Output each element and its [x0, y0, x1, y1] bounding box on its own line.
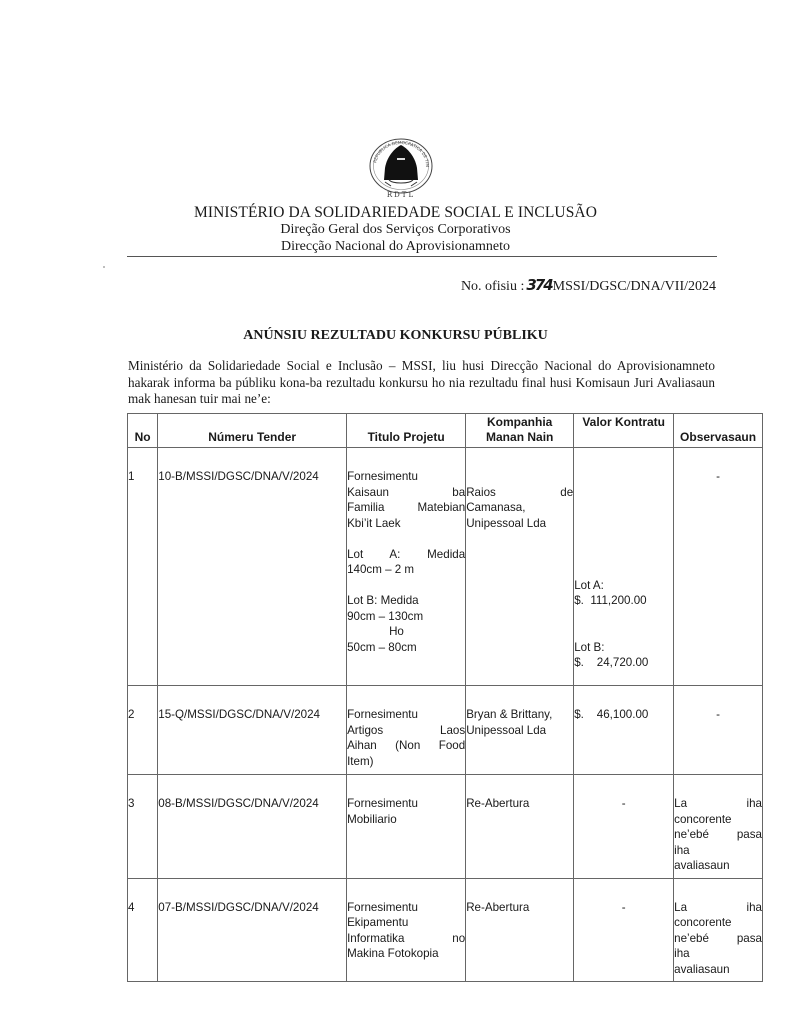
row-remarks: La iha concorente ne’ebé pasa iha avalia… — [674, 775, 763, 879]
row-tender: 10-B/MSSI/DGSC/DNA/V/2024 — [158, 448, 347, 686]
row-no: 1 — [128, 448, 158, 686]
row-company: Raios de Camanasa, Unipessoal Lda — [466, 448, 574, 686]
row-company: Re-Abertura — [466, 775, 574, 879]
header-title: Titulo Projetu — [347, 414, 466, 448]
row-title: Fornesimentu Artigos Laos Aihan (Non Foo… — [347, 686, 466, 775]
row-tender: 07-B/MSSI/DGSC/DNA/V/2024 — [158, 878, 347, 982]
row-tender: 15-Q/MSSI/DGSC/DNA/V/2024 — [158, 686, 347, 775]
header-divider — [127, 256, 717, 257]
svg-text:RDTL: RDTL — [387, 191, 415, 199]
row-title: Fornesimentu Ekipamentu Informatika no M… — [347, 878, 466, 982]
row-remarks: - — [674, 448, 763, 686]
row-value: - — [574, 775, 674, 879]
header-no: No — [128, 414, 158, 448]
directorate-general: Direção Geral dos Serviços Corporativos — [0, 222, 791, 238]
header-value: Valor Kontratu — [574, 414, 674, 448]
row-value: Lot A: $. 111,200.00 Lot B: $. 24,720.00 — [574, 448, 674, 686]
row-company: Re-Abertura — [466, 878, 574, 982]
row-remarks: La iha concorente ne’ebé pasa iha avalia… — [674, 878, 763, 982]
reference-code: MSSI/DGSC/DNA/VII/2024 — [553, 279, 716, 294]
row-no: 4 — [128, 878, 158, 982]
reference-label: No. ofisiu : — [461, 279, 524, 294]
row-no: 3 — [128, 775, 158, 879]
row-tender: 08-B/MSSI/DGSC/DNA/V/2024 — [158, 775, 347, 879]
national-directorate: Direcção Nacional do Aprovisionamneto — [0, 239, 791, 255]
row-title: Fornesimentu Kaisaun ba Familia Matebian… — [347, 448, 466, 686]
scan-speck — [103, 266, 105, 268]
row-value: - — [574, 878, 674, 982]
row-company: Bryan & Brittany, Unipessoal Lda — [466, 686, 574, 775]
results-table: No Númeru Tender Titulo Projetu Kompanhi… — [127, 413, 763, 982]
header-company: Kompanhia Manan Nain — [466, 414, 574, 448]
table-row: 3 08-B/MSSI/DGSC/DNA/V/2024 Fornesimentu… — [128, 775, 763, 879]
reference-number: No. ofisiu :374MSSI/DGSC/DNA/VII/2024 — [461, 276, 716, 295]
row-no: 2 — [128, 686, 158, 775]
intro-paragraph: Ministério da Solidariedade Social e Inc… — [128, 358, 715, 408]
table-row: 4 07-B/MSSI/DGSC/DNA/V/2024 Fornesimentu… — [128, 878, 763, 982]
table-header-row: No Númeru Tender Titulo Projetu Kompanhi… — [128, 414, 763, 448]
table-row: 1 10-B/MSSI/DGSC/DNA/V/2024 Fornesimentu… — [128, 448, 763, 686]
document-title: ANÚNSIU REZULTADU KONKURSU PÚBLIKU — [0, 328, 791, 344]
row-remarks: - — [674, 686, 763, 775]
row-value: $. 46,100.00 — [574, 686, 674, 775]
ministry-name: MINISTÉRIO DA SOLIDARIEDADE SOCIAL E INC… — [0, 204, 791, 222]
handwritten-number: 374 — [526, 276, 551, 294]
table-row: 2 15-Q/MSSI/DGSC/DNA/V/2024 Fornesimentu… — [128, 686, 763, 775]
header-tender: Númeru Tender — [158, 414, 347, 448]
row-title: Fornesimentu Mobiliario — [347, 775, 466, 879]
national-emblem-icon: RDTL REPUBLICA DEMOCRATICA DE TIMOR LEST… — [367, 136, 435, 200]
header-remarks: Observasaun — [674, 414, 763, 448]
